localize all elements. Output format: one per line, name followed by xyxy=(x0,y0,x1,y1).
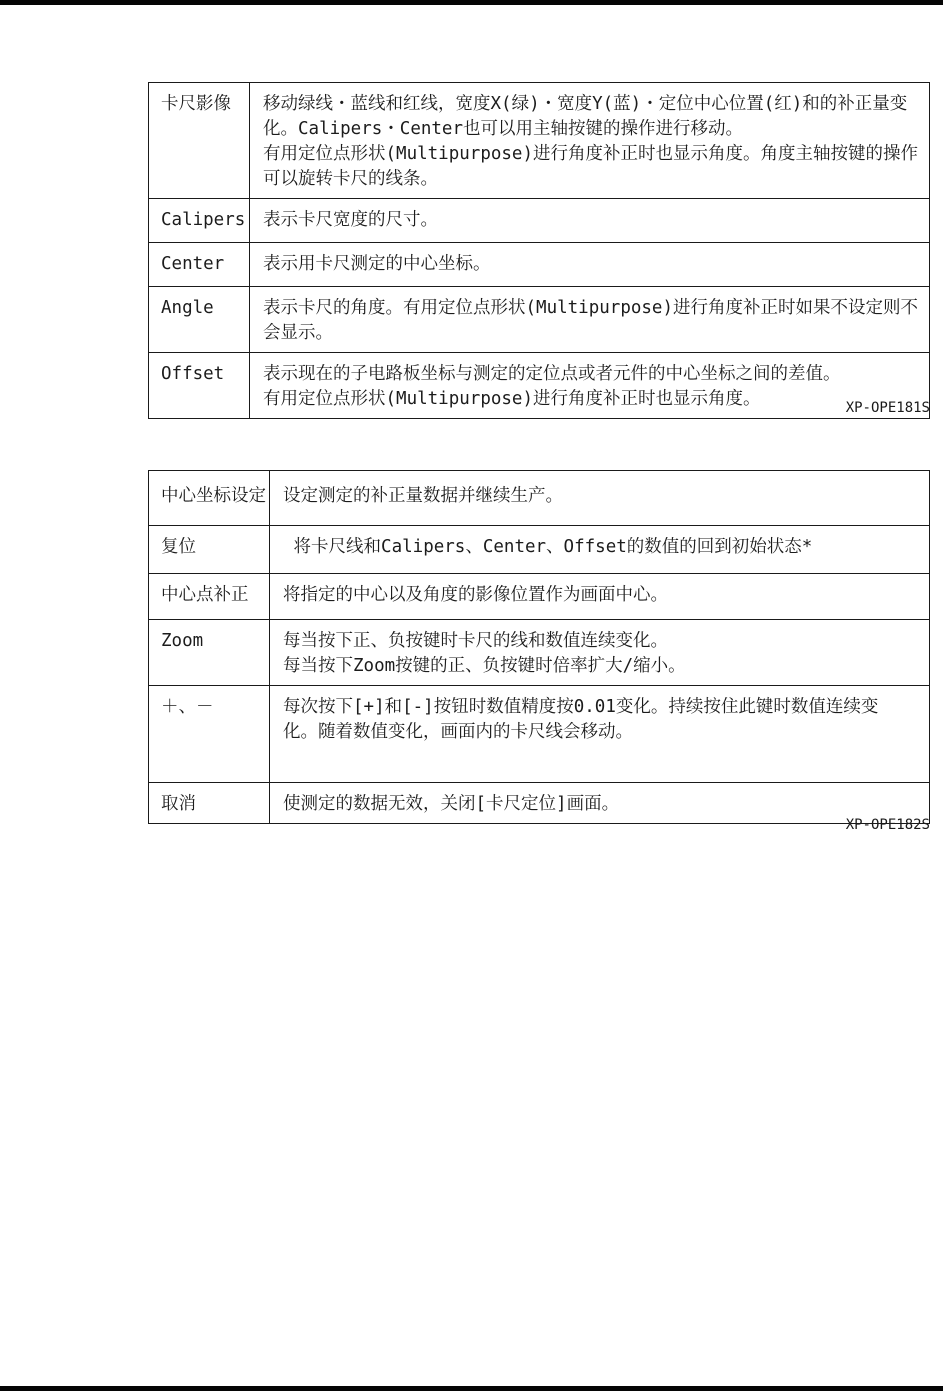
row-description: 设定测定的补正量数据并继续生产。 xyxy=(270,471,929,525)
row-description: 移动绿线・蓝线和红线，宽度X(绿)・宽度Y(蓝)・定位中心位置(红)和的补正量变… xyxy=(250,83,929,198)
row-description: 表示现在的子电路板坐标与测定的定位点或者元件的中心坐标之间的差值。 有用定位点形… xyxy=(250,353,929,418)
table-row: Zoom每当按下正、负按键时卡尺的线和数值连续变化。 每当按下Zoom按键的正、… xyxy=(149,619,929,685)
row-label: 复位 xyxy=(149,526,270,573)
row-label: 取消 xyxy=(149,783,270,823)
row-description: 每次按下[+]和[-]按钮时数值精度按0.01变化。持续按住此键时数值连续变 化… xyxy=(270,686,929,782)
page-bottom-rule xyxy=(0,1386,943,1391)
row-label: Center xyxy=(149,243,250,286)
row-label: 中心点补正 xyxy=(149,574,270,619)
table-row: ＋、－每次按下[+]和[-]按钮时数值精度按0.01变化。持续按住此键时数值连续… xyxy=(149,685,929,782)
row-label: Zoom xyxy=(149,620,270,685)
document-page: { "table1": { "caption_code": "XP-OPE181… xyxy=(0,0,943,1391)
table-row: 取消使测定的数据无效，关闭[卡尺定位]画面。 xyxy=(149,782,929,823)
figure-code: XP-OPE181S xyxy=(846,401,930,415)
row-description: 表示卡尺宽度的尺寸。 xyxy=(250,199,929,242)
row-description: 使测定的数据无效，关闭[卡尺定位]画面。 xyxy=(270,783,929,823)
row-label: 中心坐标设定 xyxy=(149,471,270,525)
row-label: 卡尺影像 xyxy=(149,83,250,198)
table-row: Calipers表示卡尺宽度的尺寸。 xyxy=(149,198,929,242)
row-label: ＋、－ xyxy=(149,686,270,782)
row-label: Calipers xyxy=(149,199,250,242)
row-description: 将指定的中心以及角度的影像位置作为画面中心。 xyxy=(270,574,929,619)
row-label: Angle xyxy=(149,287,250,352)
page-top-rule xyxy=(0,0,943,5)
row-description: 表示用卡尺测定的中心坐标。 xyxy=(250,243,929,286)
row-description: 将卡尺线和Calipers、Center、Offset的数值的回到初始状态* xyxy=(270,526,929,573)
row-description: 每当按下正、负按键时卡尺的线和数值连续变化。 每当按下Zoom按键的正、负按键时… xyxy=(270,620,929,685)
caliper-image-table: 卡尺影像移动绿线・蓝线和红线，宽度X(绿)・宽度Y(蓝)・定位中心位置(红)和的… xyxy=(148,82,930,419)
figure-code: XP-OPE182S xyxy=(846,818,930,832)
table-row: 卡尺影像移动绿线・蓝线和红线，宽度X(绿)・宽度Y(蓝)・定位中心位置(红)和的… xyxy=(149,83,929,198)
row-description: 表示卡尺的角度。有用定位点形状(Multipurpose)进行角度补正时如果不设… xyxy=(250,287,929,352)
table-row: Angle表示卡尺的角度。有用定位点形状(Multipurpose)进行角度补正… xyxy=(149,286,929,352)
table-row: Center表示用卡尺测定的中心坐标。 xyxy=(149,242,929,286)
table-row: Offset表示现在的子电路板坐标与测定的定位点或者元件的中心坐标之间的差值。 … xyxy=(149,352,929,418)
table-row: 中心点补正将指定的中心以及角度的影像位置作为画面中心。 xyxy=(149,573,929,619)
caliper-control-table: 中心坐标设定设定测定的补正量数据并继续生产。复位 将卡尺线和Calipers、C… xyxy=(148,470,930,824)
table-row: 中心坐标设定设定测定的补正量数据并继续生产。 xyxy=(149,471,929,525)
row-label: Offset xyxy=(149,353,250,418)
page-background: 卡尺影像移动绿线・蓝线和红线，宽度X(绿)・宽度Y(蓝)・定位中心位置(红)和的… xyxy=(0,0,943,1391)
table-row: 复位 将卡尺线和Calipers、Center、Offset的数值的回到初始状态… xyxy=(149,525,929,573)
